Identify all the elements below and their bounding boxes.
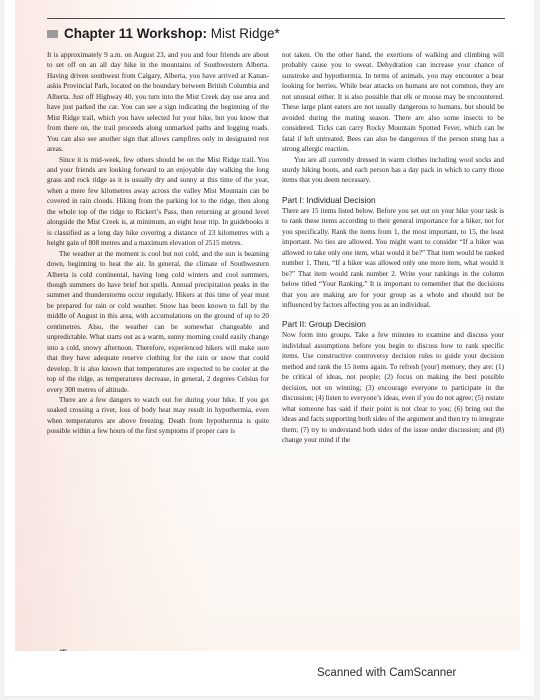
paragraph: Since it is mid-week, few others should … [47, 155, 269, 249]
scanned-page: Chapter 11 Workshop: Mist Ridge* It is a… [15, 0, 520, 651]
paragraph: Now form into groups. Take a few minutes… [282, 330, 504, 445]
page-title: Chapter 11 Workshop: Mist Ridge* [47, 26, 280, 41]
right-column: not taken. On the other hand, the exerti… [282, 50, 504, 445]
header-rule [47, 18, 505, 19]
left-column: It is approximately 9 a.m. on August 23,… [47, 50, 269, 437]
section-heading-part1: Part I: Individual Decision [282, 195, 504, 206]
document-viewer: Chapter 11 Workshop: Mist Ridge* It is a… [4, 0, 534, 696]
paragraph: There are a few dangers to watch out for… [47, 395, 269, 437]
paragraph: not taken. On the other hand, the exerti… [282, 50, 504, 155]
section-heading-part2: Part II: Group Decision [282, 319, 504, 330]
title-regular: Mist Ridge* [207, 26, 280, 41]
title-bold: Chapter 11 Workshop: [64, 26, 207, 41]
camscanner-watermark: Scanned with CamScanner [317, 667, 456, 679]
publisher-mark: NEL [60, 648, 68, 651]
paragraph: The weather at the moment is cool but no… [47, 249, 269, 395]
paragraph: You are all currently dressed in warm cl… [282, 155, 504, 186]
grey-square-bullet-icon [47, 30, 58, 38]
paragraph: It is approximately 9 a.m. on August 23,… [47, 50, 269, 155]
paragraph: There are 15 items listed below. Before … [282, 206, 504, 311]
